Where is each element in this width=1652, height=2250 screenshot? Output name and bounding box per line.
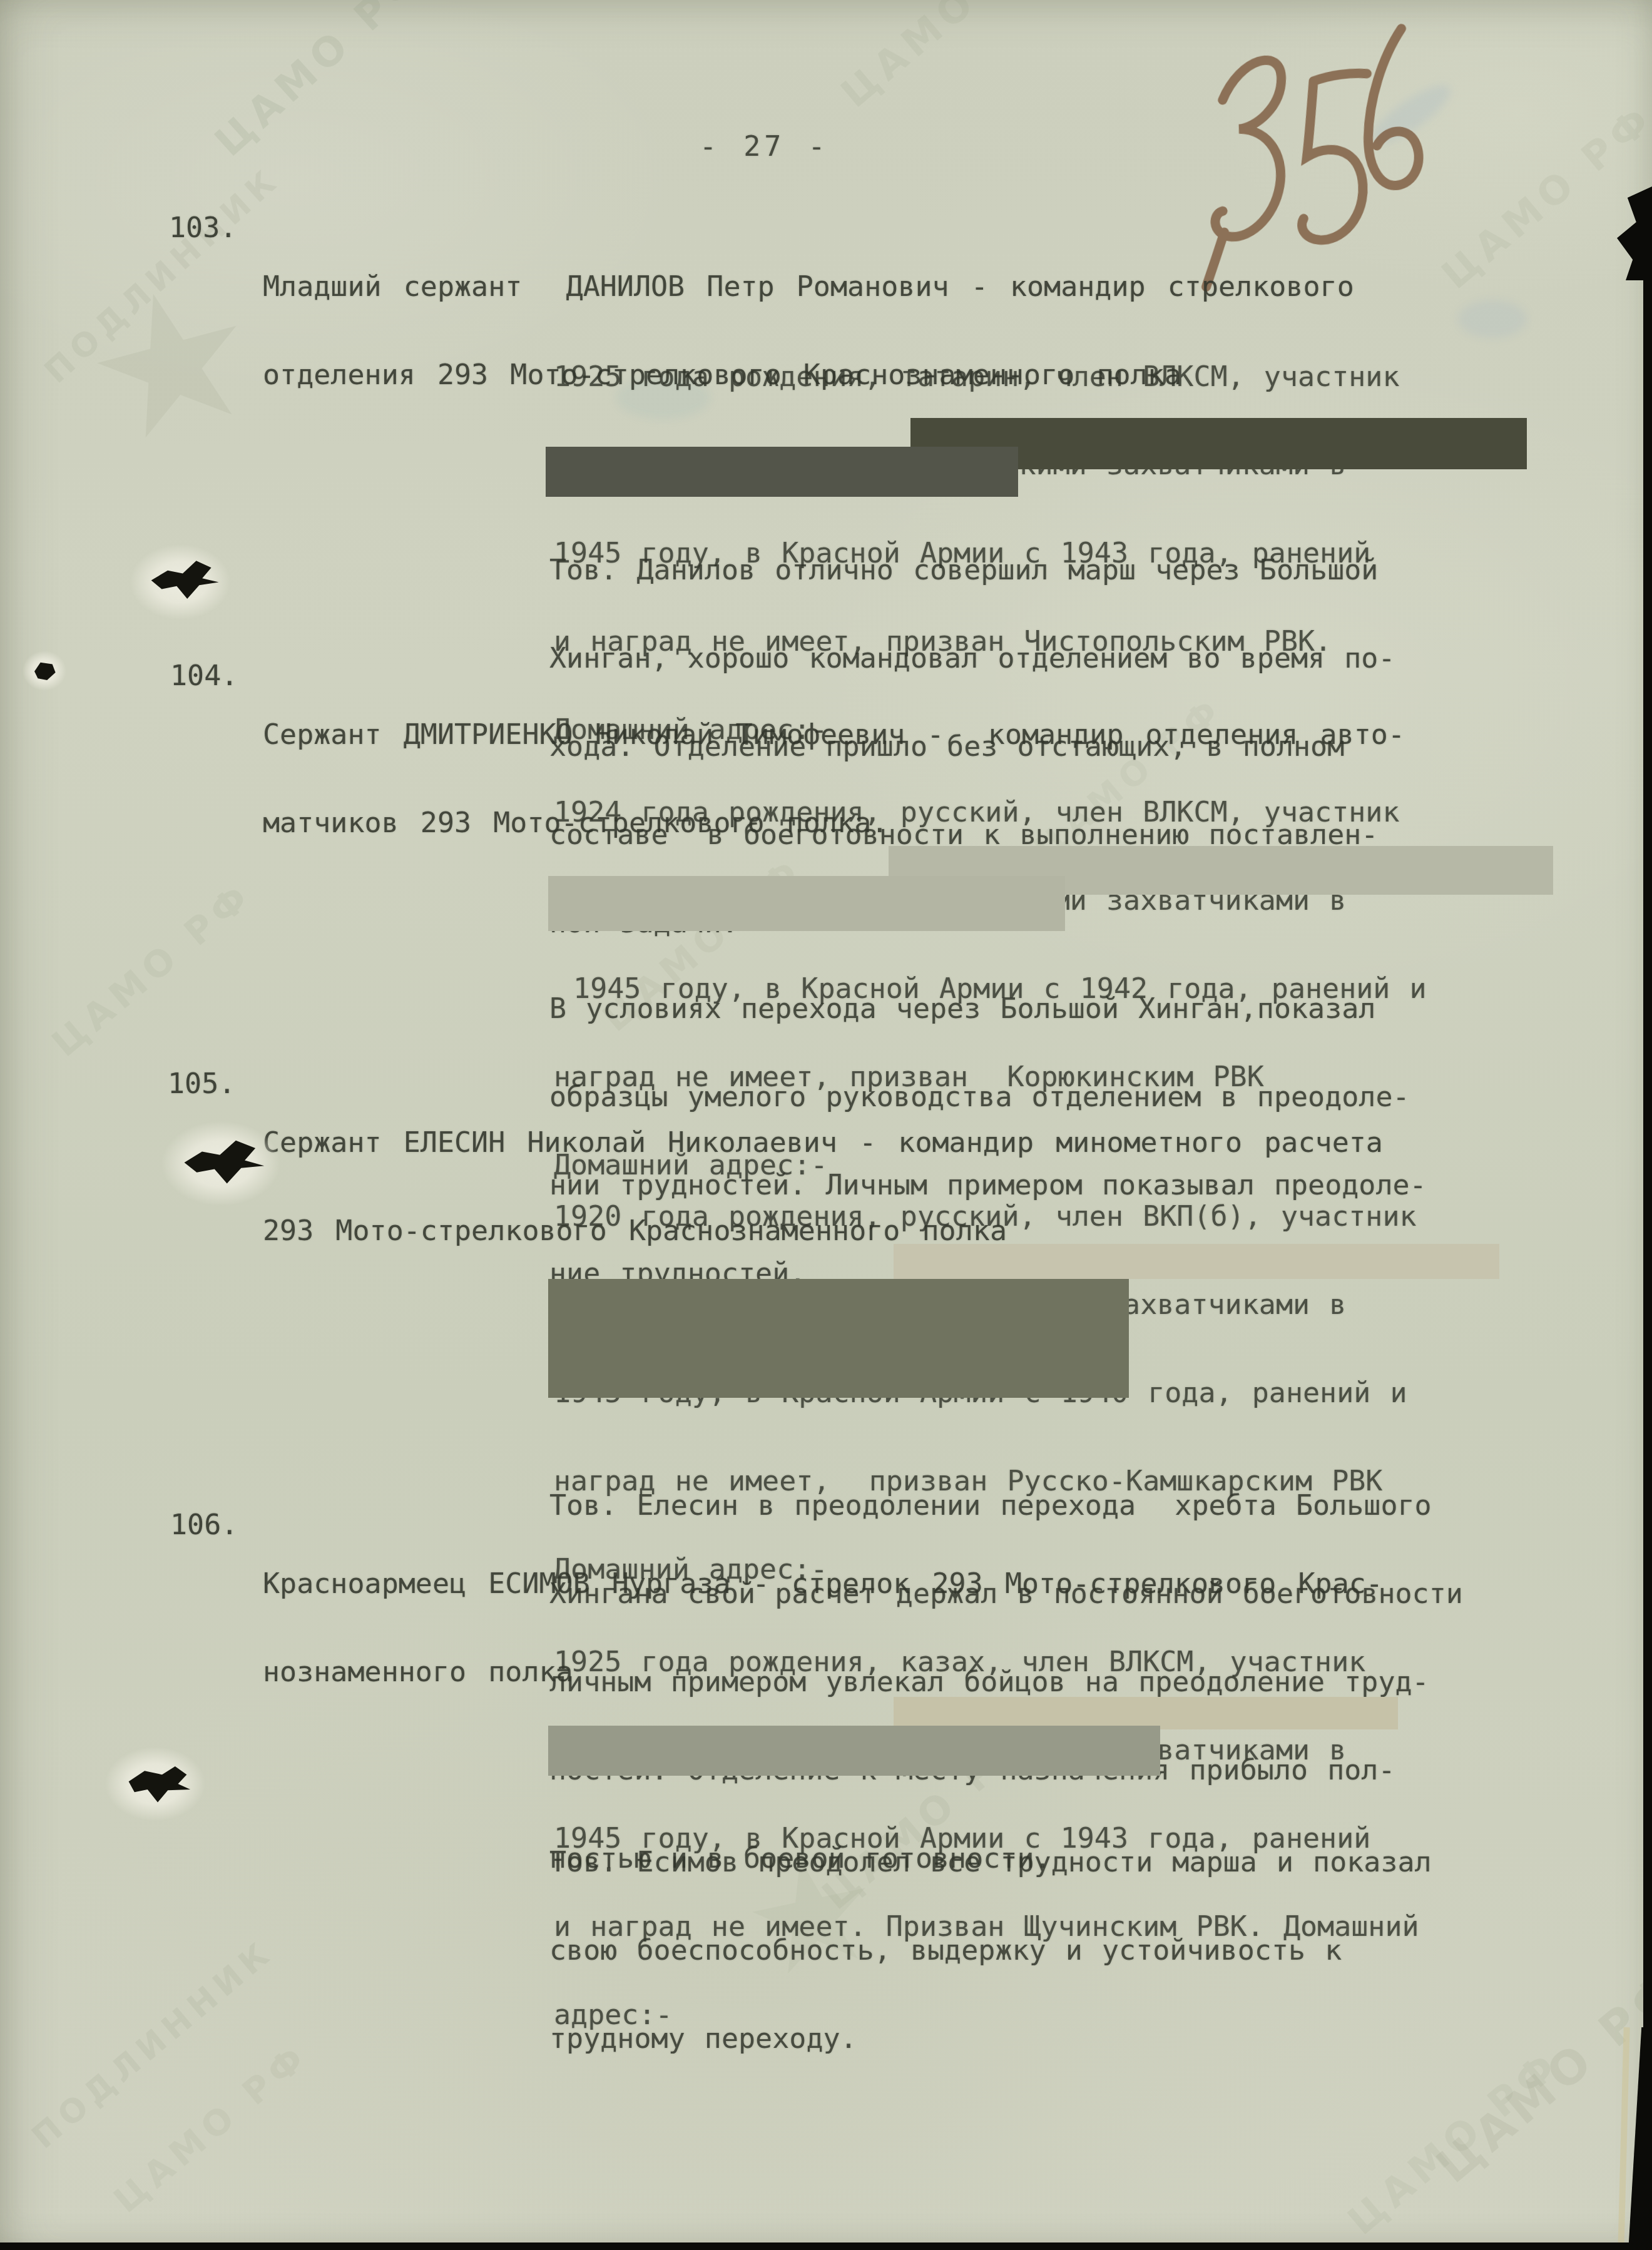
redaction-block xyxy=(548,1279,1129,1398)
watermark-star-icon: ★ xyxy=(66,250,277,475)
watermark-stamp: ЦАМО РФ xyxy=(1427,1957,1652,2194)
entry-number: 105. xyxy=(168,1069,235,1098)
watermark-stamp: ПОДЛИННИК xyxy=(38,160,288,390)
watermark-stamp: ЦАМО РФ xyxy=(106,2035,317,2221)
scan-edge-right-corner xyxy=(1626,2027,1652,2250)
paper-edge-highlight xyxy=(1618,2027,1629,2250)
entry-number: 104. xyxy=(170,661,238,690)
entry-citation: Тов. Есимов преодолел все трудности марш… xyxy=(549,1788,1432,2112)
entry-number: 106. xyxy=(170,1510,238,1539)
watermark-stamp: ПОДЛИННИК xyxy=(25,1933,281,2156)
handwritten-digit-6 xyxy=(1360,28,1420,187)
scan-edge-bottom xyxy=(0,2242,1652,2250)
entry-bio-line: 1925 года рождения, татарин, член ВЛКСМ,… xyxy=(554,362,1400,391)
ink-smudge xyxy=(1458,300,1527,338)
redaction-block xyxy=(894,1697,1398,1729)
redaction-block xyxy=(548,1726,1160,1776)
entry-citation-line: Тов. Данилов отлично совершил марш через… xyxy=(549,555,1395,584)
entry-number: 103. xyxy=(169,213,237,242)
entry-citation-line: Тов. Есимов преодолел все трудности марш… xyxy=(549,1847,1432,1876)
page-number: - 27 - xyxy=(700,131,829,161)
entry-title-line: Младший сержант ДАНИЛОВ Петр Романович -… xyxy=(263,272,1354,301)
watermark-stamp: ЦАМО РФ xyxy=(206,0,437,166)
entry-citation-line: свою боеспособность, выдержку и устойчив… xyxy=(549,1935,1432,1965)
watermark-stamp: ЦАМО РФ xyxy=(1433,94,1652,298)
redaction-block xyxy=(894,1244,1499,1279)
redaction-block xyxy=(548,876,1065,931)
watermark-stamp: ЦАМО РФ xyxy=(44,873,261,1065)
entry-citation-line: В условиях перехода через Большой Хинган… xyxy=(549,994,1427,1023)
entry-bio-line: 1920 года рождения, русский, член ВКП(б)… xyxy=(554,1201,1417,1231)
entry-citation-line: трудному переходу. xyxy=(549,2023,1432,2053)
entry-bio-line: 1924 года рождения, русский, член ВЛКСМ,… xyxy=(554,797,1427,827)
scan-edge-right xyxy=(1643,275,1652,2250)
scan-edge-notch xyxy=(1617,186,1652,280)
redaction-block xyxy=(546,447,1018,497)
entry-bio-line: 1925 года рождения, казах, член ВЛКСМ, у… xyxy=(554,1647,1419,1676)
archive-page: ЦАМО РФ ПОДЛИННИК ★ ЦАМО РФ ЦАМО РФ ЦАМО… xyxy=(0,0,1652,2250)
watermark-stamp: ЦАМО РФ xyxy=(832,0,1062,116)
